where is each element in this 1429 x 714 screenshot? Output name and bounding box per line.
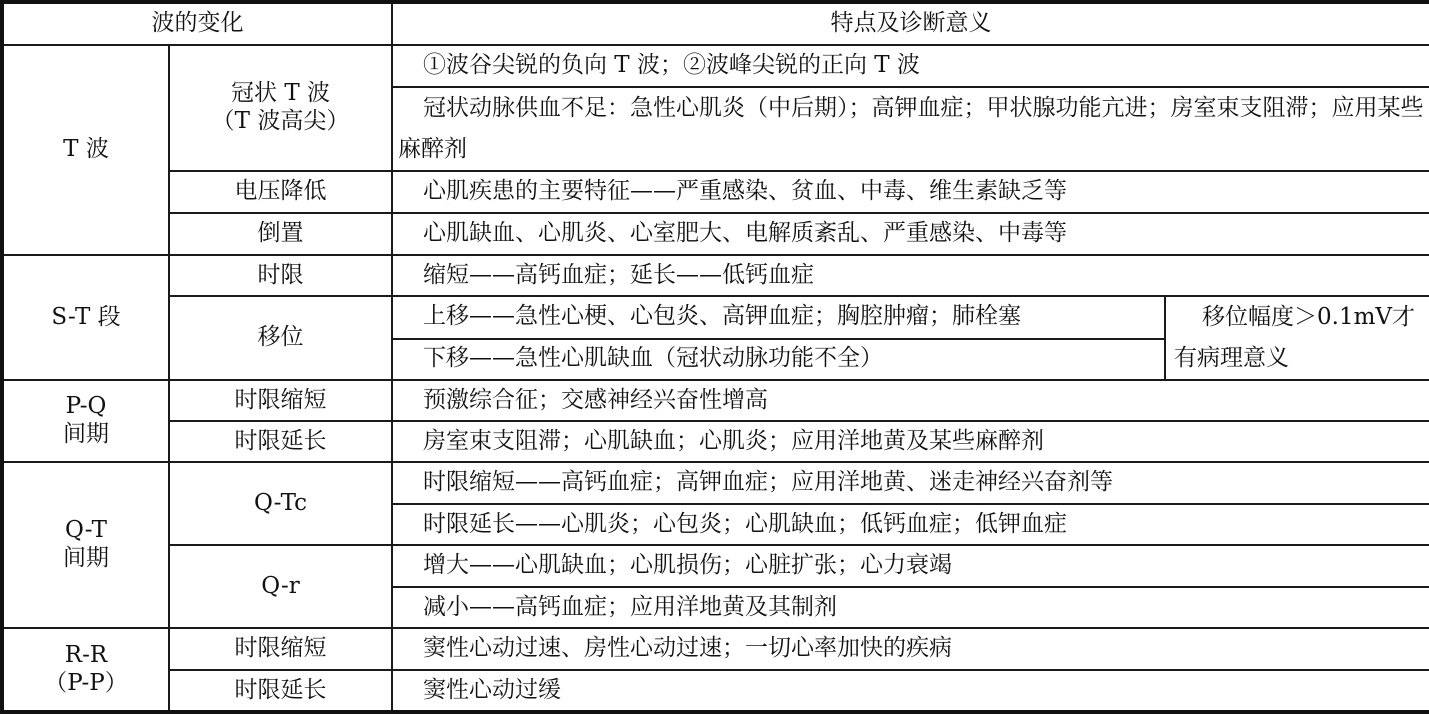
header-wave-change: 波的变化 [2, 2, 392, 45]
table-row: P-Q 间期 时限缩短 预激综合征；交感神经兴奋性增高 [2, 380, 1429, 421]
sub-prolonged: 时限延长 [169, 670, 392, 708]
sub-displacement: 移位 [169, 296, 392, 380]
group-label: Q-T [4, 517, 168, 545]
table-row: T 波 冠状 T 波 （T 波高尖） ①波谷尖锐的负向 T 波；②波峰尖锐的正向… [2, 45, 1429, 87]
sub-voltage-low: 电压降低 [169, 171, 392, 213]
group-rr-interval: R-R （P-P） [2, 628, 169, 708]
sub-shortened: 时限缩短 [169, 628, 392, 670]
feature-cell: 房室束支阻滞；心肌缺血；心肌炎；应用洋地黄及某些麻醉剂 [392, 421, 1429, 462]
table-row: Q-r 增大——心肌缺血；心肌损伤；心脏扩张；心力衰竭 [2, 545, 1429, 587]
table-row: R-R （P-P） 时限缩短 窦性心动过速、房性心动过速；一切心率加快的疾病 [2, 628, 1429, 670]
sub-qr: Q-r [169, 545, 392, 628]
feature-cell: 窦性心动过速、房性心动过速；一切心率加快的疾病 [392, 628, 1429, 670]
feature-cell: 窦性心动过缓 [392, 670, 1429, 708]
table-row: 倒置 心肌缺血、心肌炎、心室肥大、电解质紊乱、严重感染、中毒等 [2, 213, 1429, 255]
feature-cell: 时限缩短——高钙血症；高钾血症；应用洋地黄、迷走神经兴奋剂等 [392, 462, 1429, 504]
header-row: 波的变化 特点及诊断意义 [2, 2, 1429, 45]
table-row: 移位 上移——急性心梗、心包炎、高钾血症；胸腔肿瘤；肺栓塞 移位幅度＞0.1mV… [2, 296, 1429, 339]
feature-cell: 心肌疾患的主要特征——严重感染、贫血、中毒、维生素缺乏等 [392, 171, 1429, 213]
group-label: R-R [4, 642, 168, 670]
feature-cell: 时限延长——心肌炎；心包炎；心肌缺血；低钙血症；低钾血症 [392, 504, 1429, 545]
sub-coronary-t-wave: 冠状 T 波 （T 波高尖） [169, 45, 392, 171]
ecg-wave-diagnosis-table: 波的变化 特点及诊断意义 T 波 冠状 T 波 （T 波高尖） ①波谷尖锐的负向… [0, 0, 1429, 708]
group-st-segment: S-T 段 [2, 255, 169, 380]
group-label-line2: （P-P） [4, 670, 168, 698]
table-row: 时限延长 窦性心动过缓 [2, 670, 1429, 708]
feature-cell: 预激综合征；交感神经兴奋性增高 [392, 380, 1429, 421]
table-row: S-T 段 时限 缩短——高钙血症；延长——低钙血症 [2, 255, 1429, 296]
group-pq-interval: P-Q 间期 [2, 380, 169, 462]
feature-cell: 心肌缺血、心肌炎、心室肥大、电解质紊乱、严重感染、中毒等 [392, 213, 1429, 255]
sub-duration: 时限 [169, 255, 392, 296]
table-row: 时限延长 房室束支阻滞；心肌缺血；心肌炎；应用洋地黄及某些麻醉剂 [2, 421, 1429, 462]
group-qt-interval: Q-T 间期 [2, 462, 169, 628]
sub-label-line2: （T 波高尖） [170, 108, 391, 136]
group-t-wave: T 波 [2, 45, 169, 255]
feature-cell: 减小——高钙血症；应用洋地黄及其制剂 [392, 587, 1429, 628]
feature-cell: ①波谷尖锐的负向 T 波；②波峰尖锐的正向 T 波 [392, 45, 1429, 87]
feature-cell: 缩短——高钙血症；延长——低钙血症 [392, 255, 1429, 296]
table-row: 电压降低 心肌疾患的主要特征——严重感染、贫血、中毒、维生素缺乏等 [2, 171, 1429, 213]
sub-label: 冠状 T 波 [170, 80, 391, 108]
displacement-note: 移位幅度＞0.1mV才有病理意义 [1165, 296, 1429, 380]
group-label: P-Q [4, 393, 168, 421]
group-label-line2: 间期 [4, 545, 168, 573]
feature-cell: 上移——急性心梗、心包炎、高钾血症；胸腔肿瘤；肺栓塞 [392, 296, 1165, 339]
sub-inverted: 倒置 [169, 213, 392, 255]
header-features: 特点及诊断意义 [392, 2, 1429, 45]
group-label-line2: 间期 [4, 421, 168, 449]
table-row: Q-T 间期 Q-Tc 时限缩短——高钙血症；高钾血症；应用洋地黄、迷走神经兴奋… [2, 462, 1429, 504]
feature-cell: 增大——心肌缺血；心肌损伤；心脏扩张；心力衰竭 [392, 545, 1429, 587]
sub-prolonged: 时限延长 [169, 421, 392, 462]
feature-cell: 下移——急性心肌缺血（冠状动脉功能不全） [392, 339, 1165, 381]
sub-shortened: 时限缩短 [169, 380, 392, 421]
sub-qtc: Q-Tc [169, 462, 392, 545]
feature-cell: 冠状动脉供血不足：急性心肌炎（中后期）；高钾血症；甲状腺功能亢进；房室束支阻滞；… [392, 87, 1429, 171]
